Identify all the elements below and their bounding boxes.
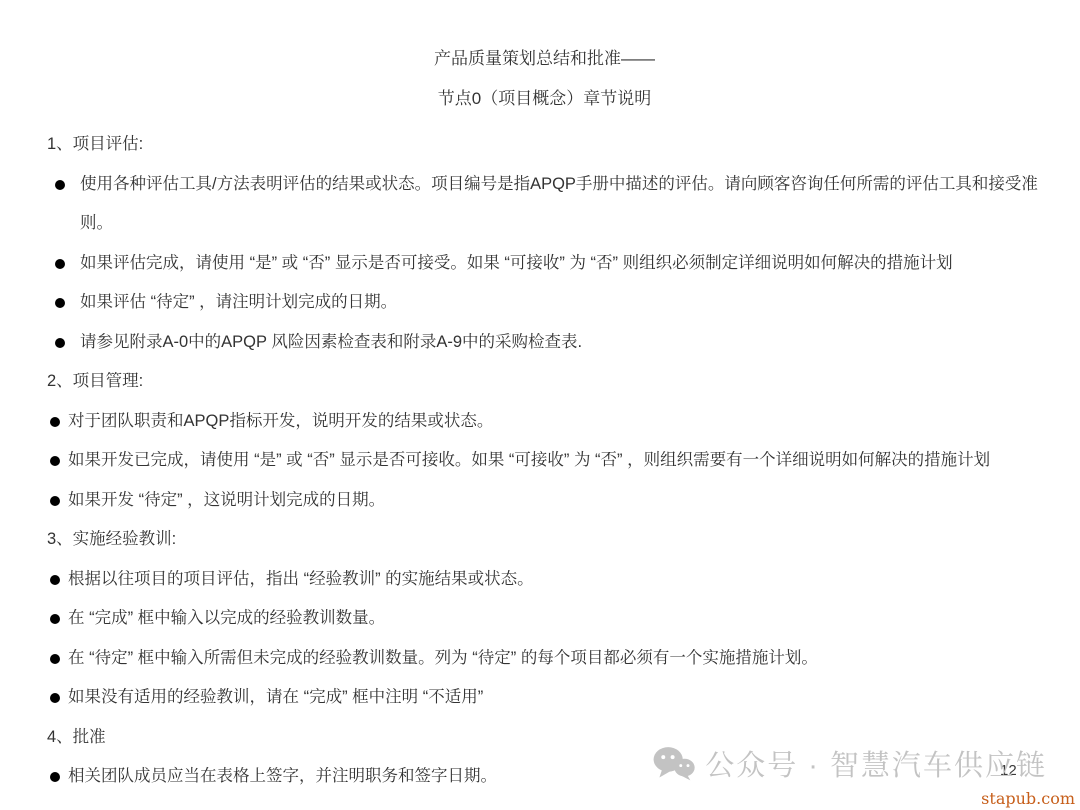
bullet-item: 使用各种评估工具/方法表明评估的结果或状态。项目编号是指APQP手册中描述的评估… — [47, 165, 1042, 244]
bullet-icon — [55, 298, 65, 308]
bullet-text: 如果没有适用的经验教训，请在 “完成” 框中注明 “不适用” — [68, 688, 483, 706]
bullet-icon — [50, 456, 60, 466]
watermark-text: 公众号 · 智慧汽车供应链 — [705, 743, 1047, 784]
site-link[interactable]: stapub.com — [981, 789, 1075, 808]
bullet-item: 如果没有适用的经验教训，请在 “完成” 框中注明 “不适用” — [47, 678, 1042, 718]
bullet-text: 使用各种评估工具/方法表明评估的结果或状态。项目编号是指APQP手册中描述的评估… — [80, 175, 1038, 233]
bullet-text: 如果开发 “待定” ，这说明计划完成的日期。 — [68, 491, 385, 509]
bullet-item: 如果评估 “待定” ，请注明计划完成的日期。 — [47, 283, 1042, 323]
bullet-text: 在 “待定” 框中输入所需但未完成的经验教训数量。列为 “待定” 的每个项目都必… — [68, 649, 818, 667]
section-heading: 3、实施经验教训: — [47, 520, 1042, 560]
watermark: 公众号 · 智慧汽车供应链 — [653, 743, 1047, 784]
bullet-icon — [50, 575, 60, 585]
bullet-item: 在 “完成” 框中输入以完成的经验教训数量。 — [47, 599, 1042, 639]
wechat-icon — [653, 746, 695, 781]
bullet-text: 如果评估完成，请使用 “是” 或 “否” 显示是否可接受。如果 “可接收” 为 … — [80, 254, 953, 272]
bullet-item: 对于团队职责和APQP指标开发，说明开发的结果或状态。 — [47, 402, 1042, 442]
bullet-icon — [55, 259, 65, 269]
bullet-item: 根据以往项目的项目评估，指出 “经验教训” 的实施结果或状态。 — [47, 560, 1042, 600]
bullet-item: 如果开发 “待定” ，这说明计划完成的日期。 — [47, 481, 1042, 521]
bullet-text: 对于团队职责和APQP指标开发，说明开发的结果或状态。 — [68, 412, 493, 430]
sections-container: 1、项目评估:使用各种评估工具/方法表明评估的结果或状态。项目编号是指APQP手… — [47, 125, 1042, 797]
document-subtitle: 节点0（项目概念）章节说明 — [47, 87, 1042, 111]
document-title: 产品质量策划总结和批准—— — [47, 47, 1042, 71]
bullet-item: 如果评估完成，请使用 “是” 或 “否” 显示是否可接受。如果 “可接收” 为 … — [47, 244, 1042, 284]
bullet-icon — [50, 654, 60, 664]
bullet-text: 如果评估 “待定” ，请注明计划完成的日期。 — [80, 293, 397, 311]
document-page: 产品质量策划总结和批准—— 节点0（项目概念）章节说明 1、项目评估:使用各种评… — [47, 0, 1042, 797]
bullet-item: 请参见附录A-0中的APQP 风险因素检查表和附录A-9中的采购检查表. — [47, 323, 1042, 363]
bullet-icon — [55, 180, 65, 190]
bullet-text: 在 “完成” 框中输入以完成的经验教训数量。 — [68, 609, 385, 627]
section-heading: 2、项目管理: — [47, 362, 1042, 402]
bullet-item: 在 “待定” 框中输入所需但未完成的经验教训数量。列为 “待定” 的每个项目都必… — [47, 639, 1042, 679]
bullet-text: 请参见附录A-0中的APQP 风险因素检查表和附录A-9中的采购检查表. — [80, 333, 582, 351]
bullet-icon — [50, 417, 60, 427]
bullet-text: 如果开发已完成，请使用 “是” 或 “否” 显示是否可接收。如果 “可接收” 为… — [68, 451, 990, 469]
bullet-icon — [55, 338, 65, 348]
bullet-icon — [50, 496, 60, 506]
section-heading: 1、项目评估: — [47, 125, 1042, 165]
bullet-text: 根据以往项目的项目评估，指出 “经验教训” 的实施结果或状态。 — [68, 570, 534, 588]
bullet-text: 相关团队成员应当在表格上签字，并注明职务和签字日期。 — [68, 767, 497, 785]
bullet-item: 如果开发已完成，请使用 “是” 或 “否” 显示是否可接收。如果 “可接收” 为… — [47, 441, 1042, 481]
bullet-icon — [50, 772, 60, 782]
bullet-icon — [50, 693, 60, 703]
bullet-icon — [50, 614, 60, 624]
